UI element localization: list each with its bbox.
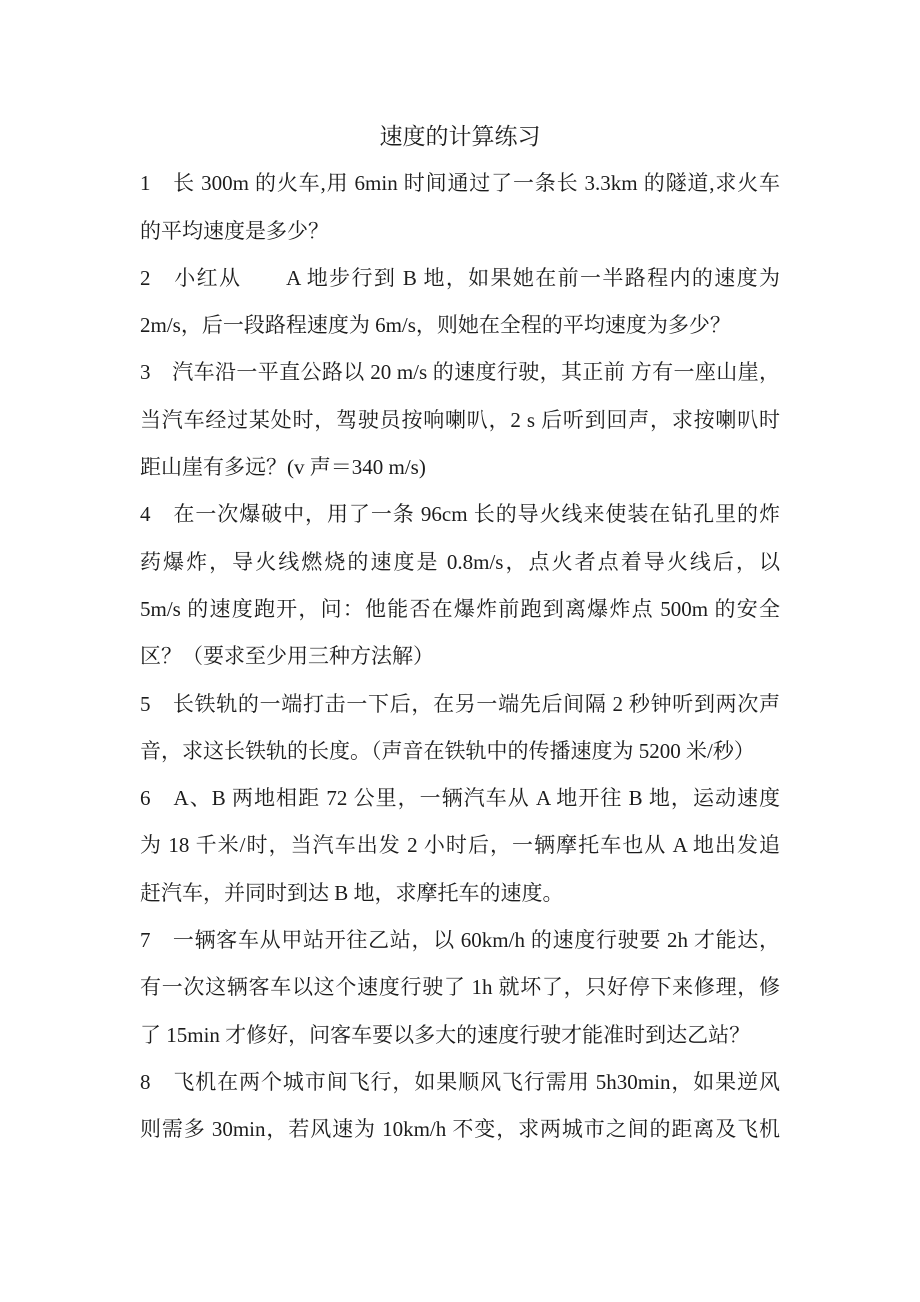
problem-3-line-1: 3 汽车沿一平直公路以 20 m/s 的速度行驶，其正前 方有一座山崖，: [140, 349, 780, 396]
document-title: 速度的计算练习: [140, 113, 780, 160]
problem-6-line-3: 赶汽车，并同时到达 B 地，求摩托车的速度。: [140, 870, 780, 917]
problem-4-line-3: 5m/s 的速度跑开，问：他能否在爆炸前跑到离爆炸点 500m 的安全: [140, 586, 780, 633]
problem-4-line-1: 4 在一次爆破中，用了一条 96cm 长的导火线来使装在钻孔里的炸: [140, 491, 780, 538]
problem-5-line-1: 5 长铁轨的一端打击一下后，在另一端先后间隔 2 秒钟听到两次声: [140, 681, 780, 728]
problem-5-line-2: 音，求这长铁轨的长度。（声音在铁轨中的传播速度为 5200 米/秒）: [140, 728, 780, 775]
document-page: 速度的计算练习 1 长 300m 的火车,用 6min 时间通过了一条长 3.3…: [0, 0, 920, 1302]
problem-7-line-3: 了 15min 才修好，问客车要以多大的速度行驶才能准时到达乙站？: [140, 1012, 780, 1059]
problem-1-line-2: 的平均速度是多少？: [140, 208, 780, 255]
problem-1-line-1: 1 长 300m 的火车,用 6min 时间通过了一条长 3.3km 的隧道,求…: [140, 160, 780, 207]
problem-3-line-3: 距山崖有多远？(v 声＝340 m/s): [140, 444, 780, 491]
problem-6-line-2: 为 18 千米/时，当汽车出发 2 小时后，一辆摩托车也从 A 地出发追: [140, 822, 780, 869]
problem-3-line-2: 当汽车经过某处时，驾驶员按响喇叭，2 s 后听到回声，求按喇叭时: [140, 397, 780, 444]
problem-2-line-2: 2m/s，后一段路程速度为 6m/s，则她在全程的平均速度为多少？: [140, 302, 780, 349]
problem-2-line-1: 2 小红从 A 地步行到 B 地，如果她在前一半路程内的速度为: [140, 255, 780, 302]
problem-8-line-2: 则需多 30min，若风速为 10km/h 不变，求两城市之间的距离及飞机: [140, 1106, 780, 1153]
problem-7-line-1: 7 一辆客车从甲站开往乙站，以 60km/h 的速度行驶要 2h 才能达，: [140, 917, 780, 964]
problem-4-line-4: 区？（要求至少用三种方法解）: [140, 633, 780, 680]
problem-7-line-2: 有一次这辆客车以这个速度行驶了 1h 就坏了，只好停下来修理，修: [140, 964, 780, 1011]
problem-6-line-1: 6 A、B 两地相距 72 公里，一辆汽车从 A 地开往 B 地，运动速度: [140, 775, 780, 822]
problem-4-line-2: 药爆炸，导火线燃烧的速度是 0.8m/s，点火者点着导火线后，以: [140, 539, 780, 586]
problem-8-line-1: 8 飞机在两个城市间飞行，如果顺风飞行需用 5h30min，如果逆风: [140, 1059, 780, 1106]
